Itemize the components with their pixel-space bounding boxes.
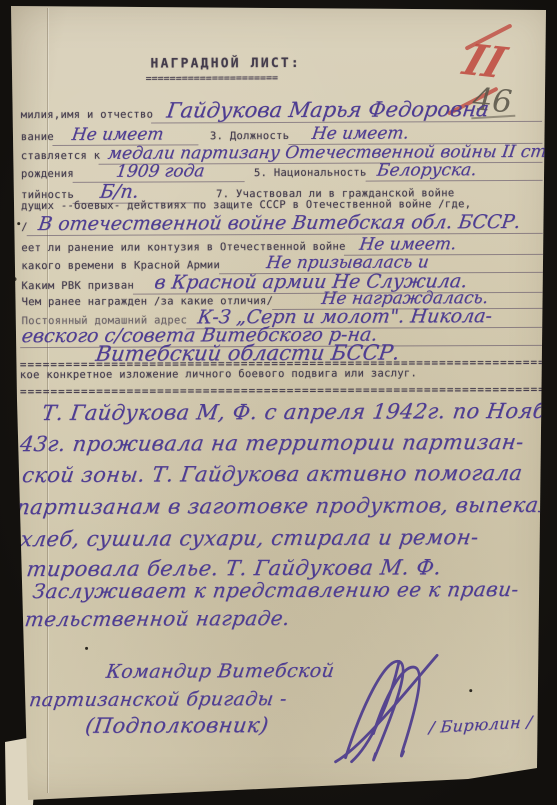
label-combat-actions: дущих --боевых- действиях по защите СССР… <box>21 198 471 212</box>
label-nationality: 5. Национальность <box>254 167 367 179</box>
body-line: Заслуживает к представлению ее к прави- <box>31 577 520 603</box>
label-presented-for: ставляется к <box>21 150 101 162</box>
label-position: 3. Должность <box>210 130 290 142</box>
signature-title-line2: партизанской бригады - <box>28 688 289 711</box>
body-line: партизанам в заготовке продуктов, выпека… <box>15 493 557 519</box>
section-divider-bottom: ========================================… <box>20 383 547 397</box>
body-line: Т. Гайдукова М, Ф. с апреля 1942г. по Но… <box>40 399 557 425</box>
document-paper: НАГРАДНОЙ ЛИСТ: ====================== I… <box>0 0 557 805</box>
ink-speck <box>12 631 15 634</box>
title-underline: ====================== <box>146 73 286 87</box>
body-line: тельственной награде. <box>23 606 291 631</box>
value-full-name: Гайдукова Марья Федоровна <box>151 97 545 124</box>
form-row-name: милия,имя и отчество Гайдукова Марья Фед… <box>21 97 544 124</box>
ink-speck <box>469 689 472 692</box>
body-line: хлеб, сушила сухари, стирала и ремон- <box>19 525 480 551</box>
document-title: НАГРАДНОЙ ЛИСТ: <box>150 56 300 72</box>
scanned-document: НАГРАДНОЙ ЛИСТ: ====================== I… <box>0 0 557 805</box>
form-row-combat-where: дущих --боевых- действиях по защите СССР… <box>21 198 544 212</box>
signature-rank: (Подполковник) <box>84 713 270 738</box>
signature-flourish <box>329 647 462 770</box>
ink-speck <box>12 277 16 281</box>
form-row-war-location: / В отечественной войне Витебская обл. Б… <box>21 211 544 236</box>
body-line: ской зоны. Т. Гайдукова активно помогала <box>21 461 524 487</box>
body-line: 43г. проживала на территории партизан- <box>19 430 526 456</box>
label-red-army-since: какого времени в Красной Армии <box>21 259 220 272</box>
label-birth-year: рождения <box>21 168 74 180</box>
label-full-name: милия,имя и отчество <box>21 109 153 122</box>
ink-speck <box>17 222 20 225</box>
signature-title-line1: Командир Витебской <box>105 660 336 683</box>
section-caption: кое конкретное изложение личного боевого… <box>20 367 417 381</box>
value-war-location: В отечественной войне Витебская обл. БСС… <box>26 211 546 236</box>
label-rank: вание <box>21 131 54 143</box>
document-content: НАГРАДНОЙ ЛИСТ: ====================== I… <box>0 0 557 805</box>
ink-speck <box>85 647 88 650</box>
